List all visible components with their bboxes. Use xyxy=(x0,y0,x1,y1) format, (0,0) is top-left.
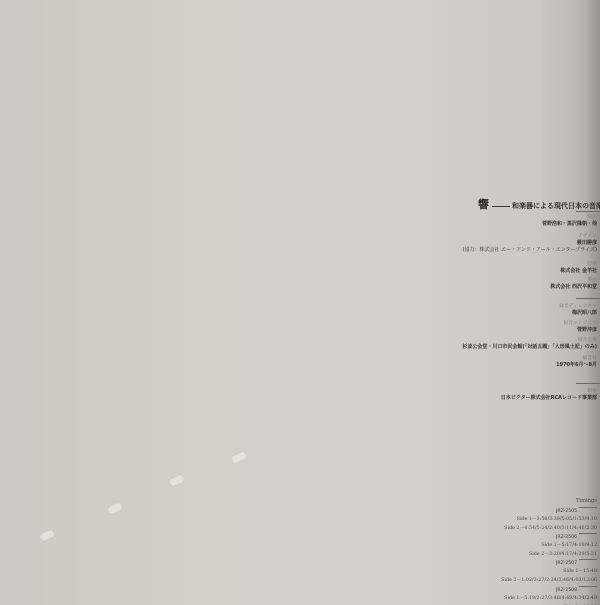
credit-value: 菅野浩和・黒沢隆朝・他 xyxy=(542,221,597,228)
credit-box-making: 製函 株式会社 西沢平和堂 xyxy=(550,277,597,291)
catalog-number: JRZ-2507 xyxy=(556,561,577,566)
divider xyxy=(576,298,600,299)
credit-label: 録音会場 xyxy=(462,337,597,344)
credit-label: 製函 xyxy=(550,277,597,284)
credit-recording-venue: 録音会場 杉並公会堂・川口市民会館(「対話五題」「人形風土記」のみ) xyxy=(462,337,597,351)
credit-recording-director: 録音ディレクター 梅沢昭八郎 xyxy=(559,303,597,317)
credit-label: 録音エンジニア xyxy=(564,320,597,327)
credit-recording-date: 録音日 1970年6月～8月 xyxy=(556,355,597,369)
catalog-rule xyxy=(579,533,597,534)
catalog-number: JRZ-2506 xyxy=(556,535,577,540)
paper-blemish xyxy=(231,451,247,463)
credit-value: 日本ビクター株式会社RCAレコード事業部 xyxy=(501,395,597,402)
divider xyxy=(576,383,600,384)
credit-printing: 印刷 株式会社 金羊社 xyxy=(560,261,597,275)
credit-label: デザイン xyxy=(463,233,597,240)
credit-label: 印刷 xyxy=(560,261,597,268)
credit-value: 1970年6月～8月 xyxy=(556,362,597,369)
catalog-rule xyxy=(579,507,597,508)
credit-value: 株式会社 西沢平和堂 xyxy=(550,284,597,291)
credit-value: (協力：株式会社 エー・アンド・アール・エンタープライズ) xyxy=(463,247,597,254)
credit-recording-engineer: 録音エンジニア 菅野沖彦 xyxy=(564,320,597,334)
paper-blemish xyxy=(107,502,123,514)
album-subtitle: 和楽器による現代日本の音楽 xyxy=(512,202,600,210)
catalog-number: JRZ-2505 xyxy=(556,509,577,514)
divider xyxy=(576,211,600,212)
credit-label: 録音日 xyxy=(556,355,597,362)
timings-record: JRZ-2508 Side 1－5:19/2:27/3:46/4:49/4:34… xyxy=(504,576,597,605)
credit-value: 薮田勝彦 xyxy=(463,240,597,247)
credit-label: 制作 xyxy=(501,388,597,395)
album-title: 響和楽器による現代日本の音楽 xyxy=(478,196,600,212)
paper-blemish xyxy=(39,529,55,541)
side-timing: Side 1－5:19/2:27/3:46/4:49/4:34/2:49 xyxy=(504,595,597,604)
paper-blemish xyxy=(169,474,185,486)
credit-commentary: 解説 菅野浩和・黒沢隆朝・他 xyxy=(542,214,597,228)
credit-label: 録音ディレクター xyxy=(559,303,597,310)
title-kanji: 響 xyxy=(478,198,489,211)
credit-production: 制作 日本ビクター株式会社RCAレコード事業部 xyxy=(501,388,597,402)
catalog-rule xyxy=(579,559,597,560)
credit-design: デザイン 薮田勝彦 (協力：株式会社 エー・アンド・アール・エンタープライズ) xyxy=(463,233,597,254)
credit-value: 株式会社 金羊社 xyxy=(560,268,597,275)
credit-value: 梅沢昭八郎 xyxy=(559,310,597,317)
credit-value: 杉並公会堂・川口市民会館(「対話五題」「人形風土記」のみ) xyxy=(462,344,597,351)
title-dash xyxy=(492,206,510,207)
credit-value: 菅野沖彦 xyxy=(564,327,597,334)
catalog-number: JRZ-2508 xyxy=(556,588,577,593)
catalog-rule xyxy=(579,586,597,587)
credit-label: 解説 xyxy=(542,214,597,221)
album-liner-page: 響和楽器による現代日本の音楽 解説 菅野浩和・黒沢隆朝・他 デザイン 薮田勝彦 … xyxy=(0,0,600,605)
